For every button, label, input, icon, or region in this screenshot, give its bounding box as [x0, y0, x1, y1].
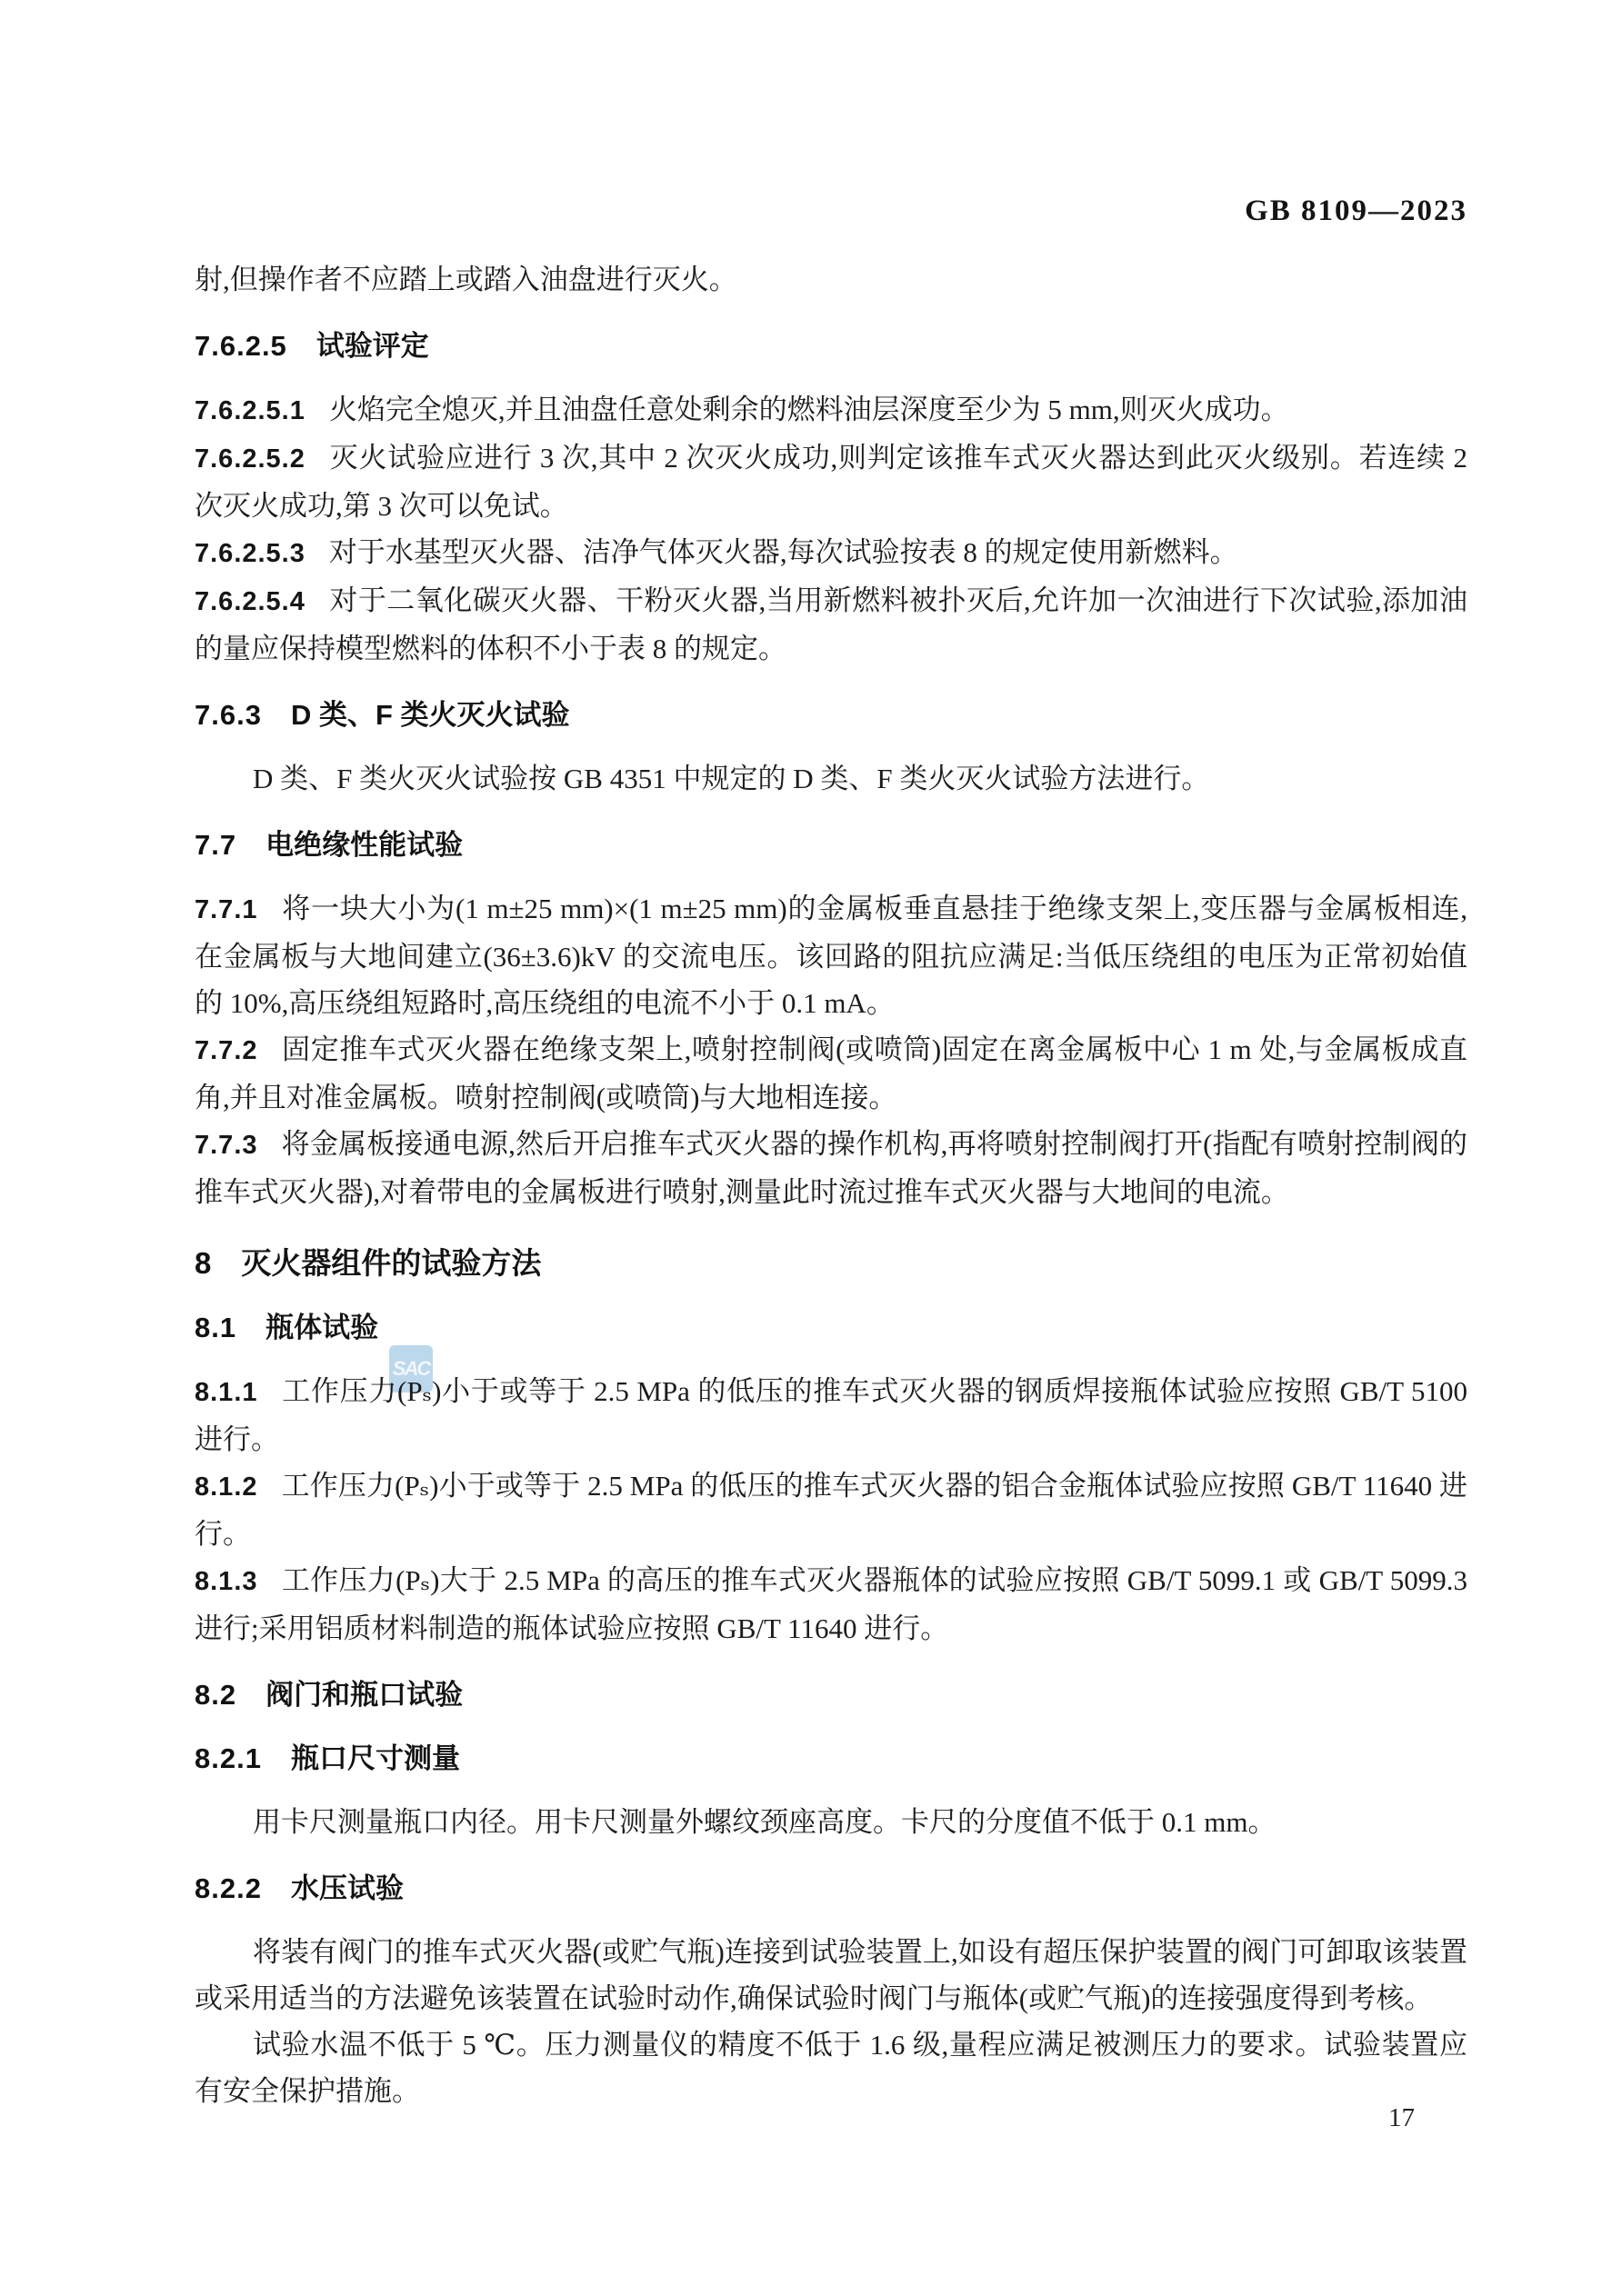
heading-number: 8.1 — [195, 1312, 236, 1343]
heading-number: 8.2.2 — [195, 1872, 262, 1904]
clause-7.7.1: 7.7.1将一块大小为(1 m±25 mm)×(1 m±25 mm)的金属板垂直… — [195, 885, 1467, 1026]
clause-text: 灭火试验应进行 3 次,其中 2 次灭火成功,则判定该推车式灭火器达到此灭火级别… — [195, 442, 1467, 522]
document-page: SAC GB 8109—2023 射,但操作者不应踏上或踏入油盘进行灭火。 7.… — [0, 0, 1622, 2296]
heading-number: 7.6.3 — [195, 699, 262, 731]
heading-8.2.2: 8.2.2水压试验 — [195, 1869, 1467, 1909]
clause-text: 对于水基型灭火器、洁净气体灭火器,每次试验按表 8 的规定使用新燃料。 — [329, 536, 1238, 568]
clause-text: 工作压力(Pₛ)小于或等于 2.5 MPa 的低压的推车式灭火器的铝合金瓶体试验… — [195, 1470, 1467, 1550]
heading-8.2: 8.2阀门和瓶口试验 — [195, 1675, 1467, 1715]
heading-7.7: 7.7电绝缘性能试验 — [195, 825, 1467, 865]
clause-7.7.2: 7.7.2固定推车式灭火器在绝缘支架上,喷射控制阀(或喷筒)固定在离金属板中心 … — [195, 1026, 1467, 1121]
heading-8.2.1: 8.2.1瓶口尺寸测量 — [195, 1739, 1467, 1779]
heading-title: 水压试验 — [291, 1872, 404, 1904]
clause-8.1.2: 8.1.2工作压力(Pₛ)小于或等于 2.5 MPa 的低压的推车式灭火器的铝合… — [195, 1462, 1467, 1557]
clause-number: 8.1.1 — [195, 1378, 258, 1407]
heading-title: 瓶口尺寸测量 — [291, 1742, 460, 1774]
heading-title: 试验评定 — [316, 330, 429, 362]
heading-title: 电绝缘性能试验 — [265, 829, 463, 861]
clause-number: 7.6.2.5.3 — [195, 539, 305, 568]
heading-8.1: 8.1瓶体试验 — [195, 1308, 1467, 1348]
clause-number: 8.1.2 — [195, 1472, 258, 1502]
heading-number: 8.2.1 — [195, 1742, 262, 1774]
heading-7.6.2.5: 7.6.2.5试验评定 — [195, 326, 1467, 366]
heading-title: 阀门和瓶口试验 — [265, 1679, 463, 1711]
clause-8.1.1: 8.1.1工作压力(Pₛ)小于或等于 2.5 MPa 的低压的推车式灭火器的钢质… — [195, 1368, 1467, 1462]
paragraph-8.2.2-body-1: 将装有阀门的推车式灭火器(或贮气瓶)连接到试验装置上,如设有超压保护装置的阀门可… — [195, 1929, 1467, 2021]
paragraph-8.2.1-body: 用卡尺测量瓶口内径。用卡尺测量外螺纹颈座高度。卡尺的分度值不低于 0.1 mm。 — [195, 1799, 1467, 1845]
heading-8: 8灭火器组件的试验方法 — [195, 1243, 1467, 1284]
heading-number: 7.6.2.5 — [195, 330, 287, 362]
clause-number: 8.1.3 — [195, 1567, 258, 1596]
document-content: 射,但操作者不应踏上或踏入油盘进行灭火。 7.6.2.5试验评定 7.6.2.5… — [195, 0, 1467, 2114]
clause-7.6.2.5.2: 7.6.2.5.2灭火试验应进行 3 次,其中 2 次灭火成功,则判定该推车式灭… — [195, 434, 1467, 529]
clause-text: 对于二氧化碳灭火器、干粉灭火器,当用新燃料被扑灭后,允许加一次油进行下次试验,添… — [195, 584, 1467, 664]
clause-text: 火焰完全熄灭,并且油盘任意处剩余的燃料油层深度至少为 5 mm,则灭火成功。 — [329, 394, 1289, 425]
clause-number: 7.6.2.5.1 — [195, 396, 305, 425]
clause-7.6.2.5.1: 7.6.2.5.1火焰完全熄灭,并且油盘任意处剩余的燃料油层深度至少为 5 mm… — [195, 386, 1467, 434]
clause-7.7.3: 7.7.3将金属板接通电源,然后开启推车式灭火器的操作机构,再将喷射控制阀打开(… — [195, 1121, 1467, 1215]
page-number: 17 — [1388, 2103, 1415, 2133]
heading-number: 8.2 — [195, 1679, 236, 1711]
clause-number: 7.6.2.5.2 — [195, 444, 305, 474]
clause-text: 将一块大小为(1 m±25 mm)×(1 m±25 mm)的金属板垂直悬挂于绝缘… — [195, 893, 1467, 1019]
heading-number: 7.7 — [195, 829, 236, 861]
clause-number: 7.7.3 — [195, 1131, 258, 1160]
clause-text: 固定推车式灭火器在绝缘支架上,喷射控制阀(或喷筒)固定在离金属板中心 1 m 处… — [195, 1033, 1467, 1113]
paragraph-continuation: 射,但操作者不应踏上或踏入油盘进行灭火。 — [195, 256, 1467, 303]
clause-number: 7.7.2 — [195, 1036, 258, 1065]
heading-title: D 类、F 类火灭火试验 — [291, 699, 570, 731]
clause-number: 7.7.1 — [195, 895, 258, 924]
paragraph-8.2.2-body-2: 试验水温不低于 5 ℃。压力测量仪的精度不低于 1.6 级,量程应满足被测压力的… — [195, 2021, 1467, 2114]
paragraph-7.6.3-body: D 类、F 类火灭火试验按 GB 4351 中规定的 D 类、F 类火灭火试验方… — [195, 755, 1467, 802]
clause-7.6.2.5.4: 7.6.2.5.4对于二氧化碳灭火器、干粉灭火器,当用新燃料被扑灭后,允许加一次… — [195, 577, 1467, 672]
clause-text: 工作压力(Pₛ)小于或等于 2.5 MPa 的低压的推车式灭火器的钢质焊接瓶体试… — [195, 1375, 1467, 1455]
heading-number: 8 — [195, 1246, 212, 1280]
heading-title: 灭火器组件的试验方法 — [241, 1246, 541, 1280]
clause-number: 7.6.2.5.4 — [195, 587, 305, 616]
clause-text: 工作压力(Pₛ)大于 2.5 MPa 的高压的推车式灭火器瓶体的试验应按照 GB… — [195, 1564, 1467, 1644]
heading-title: 瓶体试验 — [265, 1312, 378, 1343]
clause-7.6.2.5.3: 7.6.2.5.3对于水基型灭火器、洁净气体灭火器,每次试验按表 8 的规定使用… — [195, 529, 1467, 577]
clause-8.1.3: 8.1.3工作压力(Pₛ)大于 2.5 MPa 的高压的推车式灭火器瓶体的试验应… — [195, 1557, 1467, 1652]
heading-7.6.3: 7.6.3D 类、F 类火灭火试验 — [195, 695, 1467, 735]
clause-text: 将金属板接通电源,然后开启推车式灭火器的操作机构,再将喷射控制阀打开(指配有喷射… — [195, 1128, 1467, 1208]
